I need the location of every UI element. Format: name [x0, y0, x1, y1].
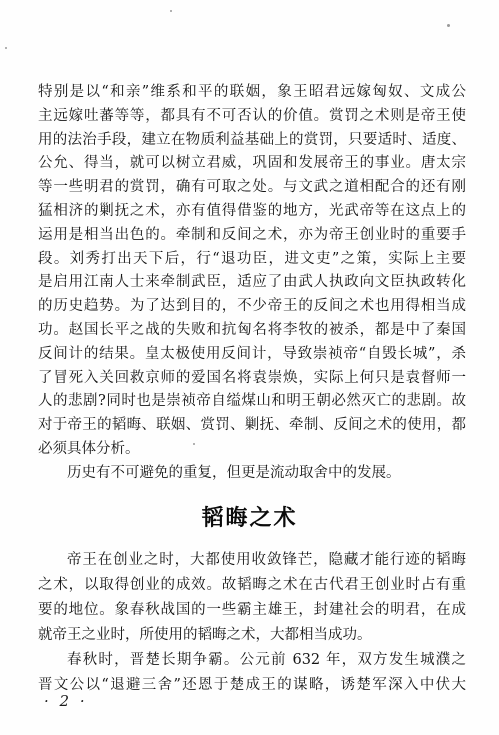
paragraph-block-bottom: 帝王在创业之时，大都使用收敛锋芒，隐藏才能行迹的韬晦之术，以取得创业的成效。故韬… [38, 548, 466, 698]
scan-speck [193, 443, 195, 445]
text-line: 猛相济的剿抚之术，亦有值得借鉴的地方，光武帝等在这点上的 [38, 200, 466, 224]
scan-speck [447, 24, 450, 27]
text-line: 了冒死入关回救京师的爱国名将袁崇焕，实际上何只是袁督师一 [38, 367, 466, 391]
book-page: 特别是以“和亲”维系和平的联姻，象王昭君远嫁匈奴、文成公主远嫁吐蕃等等，都具有不… [0, 0, 499, 735]
paragraph-block-top: 特别是以“和亲”维系和平的联姻，象王昭君远嫁匈奴、文成公主远嫁吐蕃等等，都具有不… [38, 81, 466, 486]
text-line: 是启用江南人士来牵制武臣，适应了由武人执政向文臣执政转化 [38, 271, 466, 295]
text-line: 用的法治手段，建立在物质利益基础上的赏罚，只要适时、适度、 [38, 129, 466, 153]
text-line: 历史有不可避免的重复，但更是流动取舍中的发展。 [38, 462, 466, 486]
section-heading: 韬晦之术 [0, 501, 499, 532]
text-line: 人的悲剧?同时也是崇祯帝自缢煤山和明王朝必然灭亡的悲剧。故 [38, 390, 466, 414]
text-line: 等一些明君的赏罚，确有可取之处。与文武之道相配合的还有刚 [38, 176, 466, 200]
text-line: 段。刘秀打出天下后，行“退功臣，进文吏”之策，实际上主要 [38, 248, 466, 272]
text-line: 就帝王之业时，所使用的韬晦之术，大都相当成功。 [38, 623, 466, 648]
text-line: 晋文公以“退避三舍”还恩于楚成王的谋略，诱楚军深入中伏大 [38, 673, 466, 698]
text-line: 功。赵国长平之战的失败和抗匈名将李牧的被杀，都是中了秦国 [38, 319, 466, 343]
text-line: 之术，以取得创业的成效。故韬晦之术在古代君王创业时占有重 [38, 573, 466, 598]
text-line: 公允、得当，就可以树立君威，巩固和发展帝王的事业。唐太宗 [38, 152, 466, 176]
text-line: 帝王在创业之时，大都使用收敛锋芒，隐藏才能行迹的韬晦 [38, 548, 466, 573]
text-line: 的历史趋势。为了达到目的，不少帝王的反间之术也用得相当成 [38, 295, 466, 319]
text-line: 春秋时，晋楚长期争霸。公元前 632 年，双方发生城濮之战， [38, 648, 466, 673]
text-line: 特别是以“和亲”维系和平的联姻，象王昭君远嫁匈奴、文成公 [38, 81, 466, 105]
scan-speck [170, 10, 172, 12]
text-line: 反间计的结果。皇太极使用反间计，导致崇祯帝“自毁长城”，杀 [38, 343, 466, 367]
text-line: 主远嫁吐蕃等等，都具有不可否认的价值。赏罚之术则是帝王使 [38, 105, 466, 129]
text-line: 必须具体分析。 [38, 438, 466, 462]
text-line: 运用是相当出色的。牵制和反间之术，亦为帝王创业时的重要手 [38, 224, 466, 248]
text-line: 对于帝王的韬晦、联姻、赏罚、剿抚、牵制、反间之术的使用，都 [38, 414, 466, 438]
page-number: · 2 · [44, 692, 88, 710]
scan-speck [5, 47, 7, 49]
text-line: 要的地位。象春秋战国的一些霸主雄王，封建社会的明君，在成 [38, 598, 466, 623]
